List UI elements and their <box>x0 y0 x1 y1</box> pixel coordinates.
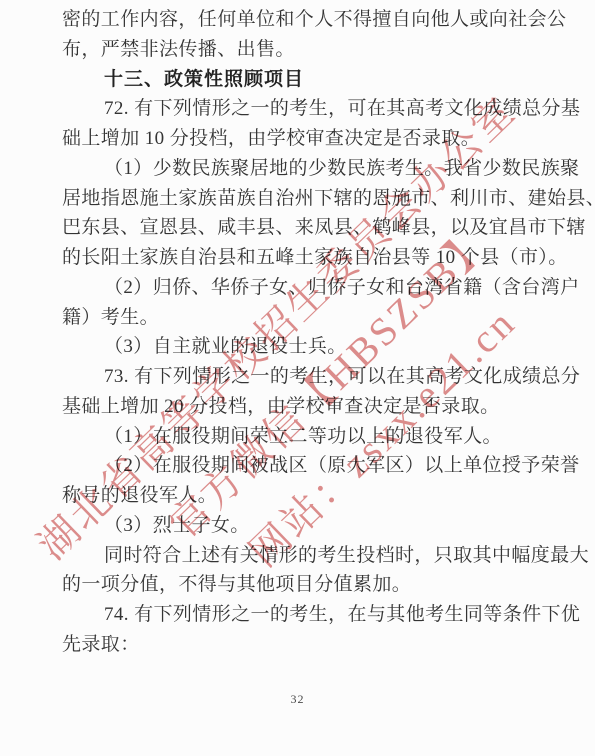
document-line: 础上增加 10 分投档，由学校审查决定是否录取。 <box>62 124 536 154</box>
document-line: （2）归侨、华侨子女、归侨子女和台湾省籍（含台湾户 <box>62 273 536 303</box>
document-line: 同时符合上述有关情形的考生投档时，只取其中幅度最大 <box>62 541 536 571</box>
document-line: 先录取： <box>62 630 536 660</box>
document-line: 的一项分值，不得与其他项目分值累加。 <box>62 570 536 600</box>
document-line: （3）自主就业的退役士兵。 <box>62 332 536 362</box>
document-line: 74. 有下列情形之一的考生，在与其他考生同等条件下优 <box>62 600 536 630</box>
document-line: （2）在服役期间被战区（原大军区）以上单位授予荣誉 <box>62 451 536 481</box>
document-line: 称号的退役军人。 <box>62 481 536 511</box>
document-line: 籍）考生。 <box>62 303 536 333</box>
document-line: 巴东县、宣恩县、咸丰县、来凤县、鹤峰县，以及宜昌市下辖 <box>62 213 536 243</box>
document-line: （3）烈士子女。 <box>62 511 536 541</box>
document-content: 密的工作内容，任何单位和个人不得擅自向他人或向社会公布，严禁非法传播、出售。十三… <box>62 5 536 660</box>
document-line: 十三、政策性照顾项目 <box>62 65 536 95</box>
document-line: 72. 有下列情形之一的考生，可在其高考文化成绩总分基 <box>62 94 536 124</box>
document-line: 布，严禁非法传播、出售。 <box>62 35 536 65</box>
document-line: 的长阳土家族自治县和五峰土家族自治县等 10 个县（市）。 <box>62 243 536 273</box>
page-number: 32 <box>0 692 595 707</box>
document-line: （1）在服役期间荣立二等功以上的退役军人。 <box>62 422 536 452</box>
document-line: 居地指恩施土家族苗族自治州下辖的恩施市、利川市、建始县、 <box>62 184 536 214</box>
document-line: 73. 有下列情形之一的考生，可以在其高考文化成绩总分 <box>62 362 536 392</box>
document-line: 密的工作内容，任何单位和个人不得擅自向他人或向社会公 <box>62 5 536 35</box>
document-line: 基础上增加 20 分投档，由学校审查决定是否录取。 <box>62 392 536 422</box>
document-line: （1）少数民族聚居地的少数民族考生。我省少数民族聚 <box>62 154 536 184</box>
document-page: 湖北省高等学校招生委员会办公室 官方微信【HBSZSB】 网站：zsxx.e21… <box>0 0 595 756</box>
